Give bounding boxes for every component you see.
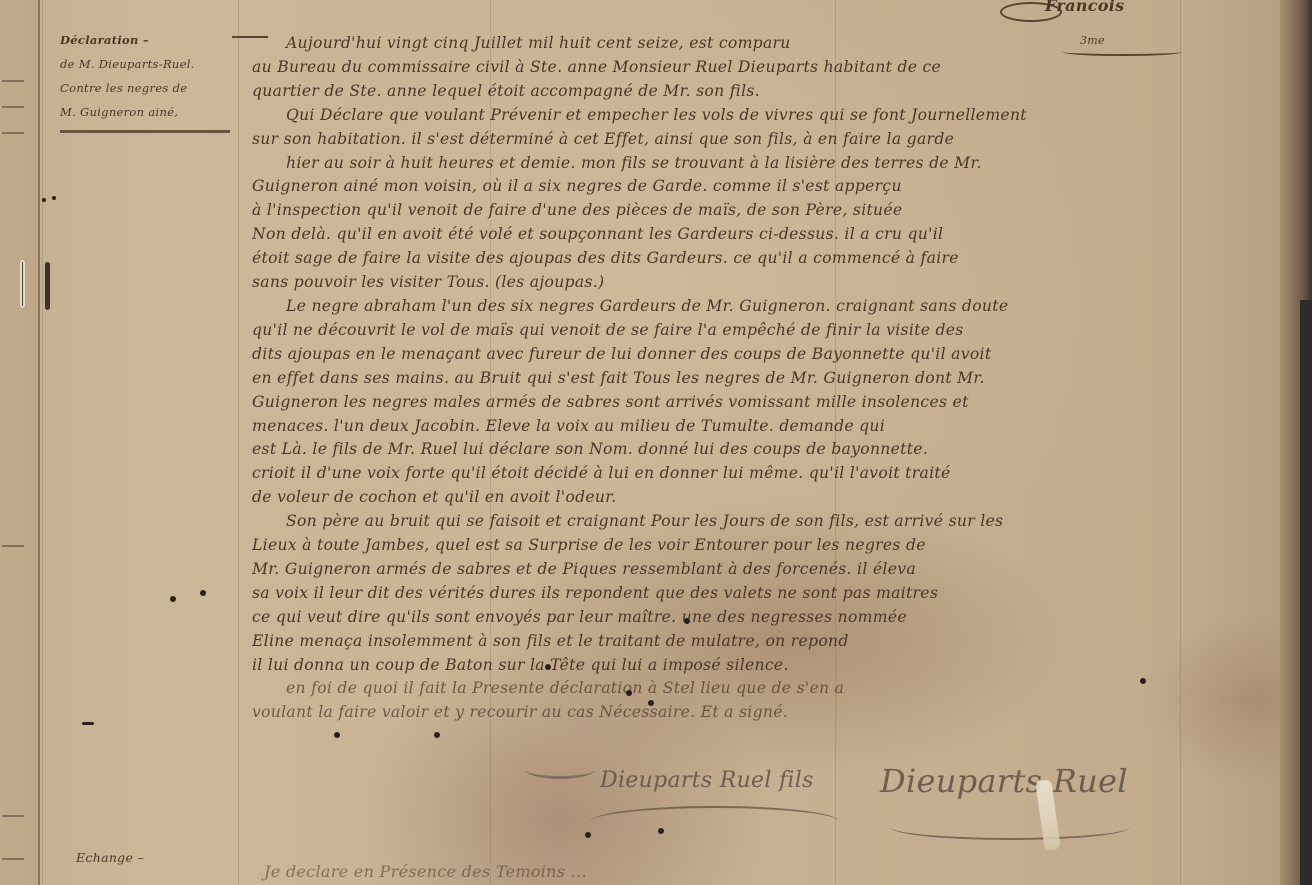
margin-rule — [238, 0, 239, 885]
body-line: menaces. l'un deux Jacobin. Eleve la voi… — [252, 415, 1272, 439]
ink-spot — [42, 198, 46, 202]
signature-swash — [590, 806, 840, 838]
margin-note: Déclaration – de M. Dieuparts-Ruel. Cont… — [60, 28, 235, 133]
ink-spot — [626, 690, 632, 696]
ink-spot — [82, 722, 94, 725]
body-line: crioit il d'une voix forte qu'il étoit d… — [252, 462, 1272, 486]
body-line: Guigneron ainé mon voisin, où il a six n… — [252, 175, 1272, 199]
binding-hole — [45, 262, 50, 310]
signature-father: Dieuparts Ruel — [880, 762, 1128, 800]
body-line: Le negre abraham l'un des six negres Gar… — [252, 295, 1272, 319]
body-line: Eline menaça insolemment à son fils et l… — [252, 630, 1272, 654]
body-line: étoit sage de faire la visite des ajoupa… — [252, 247, 1272, 271]
margin-title: Déclaration – — [60, 28, 235, 52]
body-line: qu'il ne découvrit le vol de maïs qui ve… — [252, 319, 1272, 343]
manuscript-page: Francois 3me Déclaration – de M. Dieupar… — [0, 0, 1312, 885]
body-line: en foi de quoi il fait la Presente décla… — [252, 677, 1272, 701]
body-line: Aujourd'hui vingt cinq Juillet mil huit … — [252, 32, 1272, 56]
body-line: Lieux à toute Jambes, quel est sa Surpri… — [252, 534, 1272, 558]
body-line: Guigneron les negres males armés de sabr… — [252, 391, 1272, 415]
body-line: ce qui veut dire qu'ils sont envoyés par… — [252, 606, 1272, 630]
ink-spot — [1140, 678, 1146, 684]
page-rule — [42, 0, 43, 885]
declaration-body: Aujourd'hui vingt cinq Juillet mil huit … — [252, 32, 1272, 725]
body-line: Non delà. qu'il en avoit été volé et sou… — [252, 223, 1272, 247]
next-entry-line: Je declare en Présence des Temoins ... — [264, 862, 587, 881]
body-line: de voleur de cochon et qu'il en avoit l'… — [252, 486, 1272, 510]
book-shadow — [1300, 300, 1312, 885]
margin-line: Contre les negres de — [60, 76, 235, 100]
signature-block: Dieuparts Ruel fils Dieuparts Ruel — [600, 766, 1220, 846]
body-line: voulant la faire valoir et y recourir au… — [252, 701, 1272, 725]
ink-spot — [658, 828, 664, 834]
body-line: au Bureau du commissaire civil à Ste. an… — [252, 56, 1272, 80]
book-edge — [1280, 0, 1312, 885]
ink-spot — [648, 700, 654, 706]
margin-tick — [2, 858, 24, 860]
ink-spot — [334, 732, 340, 738]
body-line: sans pouvoir les visiter Tous. (les ajou… — [252, 271, 1272, 295]
body-line: quartier de Ste. anne lequel étoit accom… — [252, 80, 1272, 104]
signature-swash — [890, 814, 1130, 840]
binding-hole — [20, 260, 25, 308]
body-line: hier au soir à huit heures et demie. mon… — [252, 152, 1272, 176]
margin-tick — [2, 80, 24, 82]
body-line: il lui donna un coup de Baton sur la Têt… — [252, 654, 1272, 678]
margin-tick — [2, 106, 24, 108]
facing-page-edge — [0, 0, 40, 885]
body-line: à l'inspection qu'il venoit de faire d'u… — [252, 199, 1272, 223]
body-line: sur son habitation. il s'est déterminé à… — [252, 128, 1272, 152]
margin-tick — [2, 815, 24, 817]
ink-spot — [585, 832, 591, 838]
signature-son: Dieuparts Ruel fils — [600, 768, 814, 793]
signature-flourish — [525, 760, 595, 779]
margin-tick — [2, 132, 24, 134]
margin-line: de M. Dieuparts-Ruel. — [60, 52, 235, 76]
body-line: dits ajoupas en le menaçant avec fureur … — [252, 343, 1272, 367]
body-line: est Là. le fils de Mr. Ruel lui déclare … — [252, 438, 1272, 462]
body-line: Qui Déclare que voulant Prévenir et empe… — [252, 104, 1272, 128]
ink-spot — [545, 664, 551, 670]
body-line: en effet dans ses mains. au Bruit qui s'… — [252, 367, 1272, 391]
margin-underline — [60, 130, 230, 133]
body-line: Mr. Guigneron armés de sabres et de Piqu… — [252, 558, 1272, 582]
margin-line: M. Guigneron ainé, — [60, 100, 235, 124]
ink-spot — [170, 596, 176, 602]
ink-spot — [52, 196, 56, 200]
ink-spot — [200, 590, 206, 596]
ink-spot — [684, 618, 690, 624]
ink-spot — [434, 732, 440, 738]
margin-tick — [2, 545, 24, 547]
body-line: sa voix il leur dit des vérités dures il… — [252, 582, 1272, 606]
margin-echange: Echange – — [76, 850, 144, 865]
header-signature: Francois — [1045, 0, 1124, 15]
body-line: Son père au bruit qui se faisoit et crai… — [252, 510, 1272, 534]
